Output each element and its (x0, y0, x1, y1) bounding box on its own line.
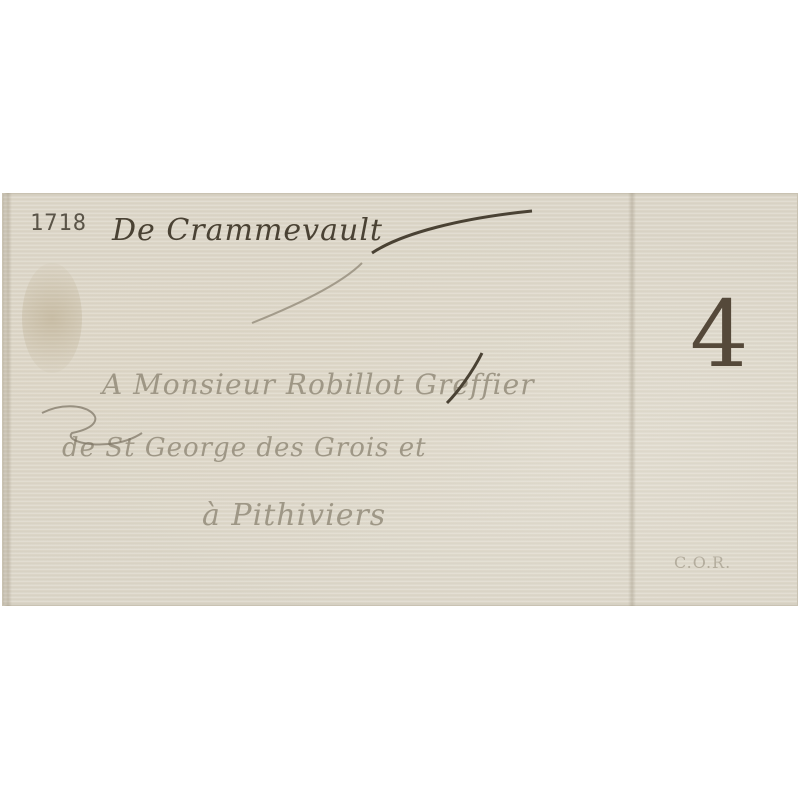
flourish-strokes (2, 193, 798, 606)
letter-paper: 1718 De Crammevault 4 A Monsieur Robillo… (2, 193, 798, 606)
